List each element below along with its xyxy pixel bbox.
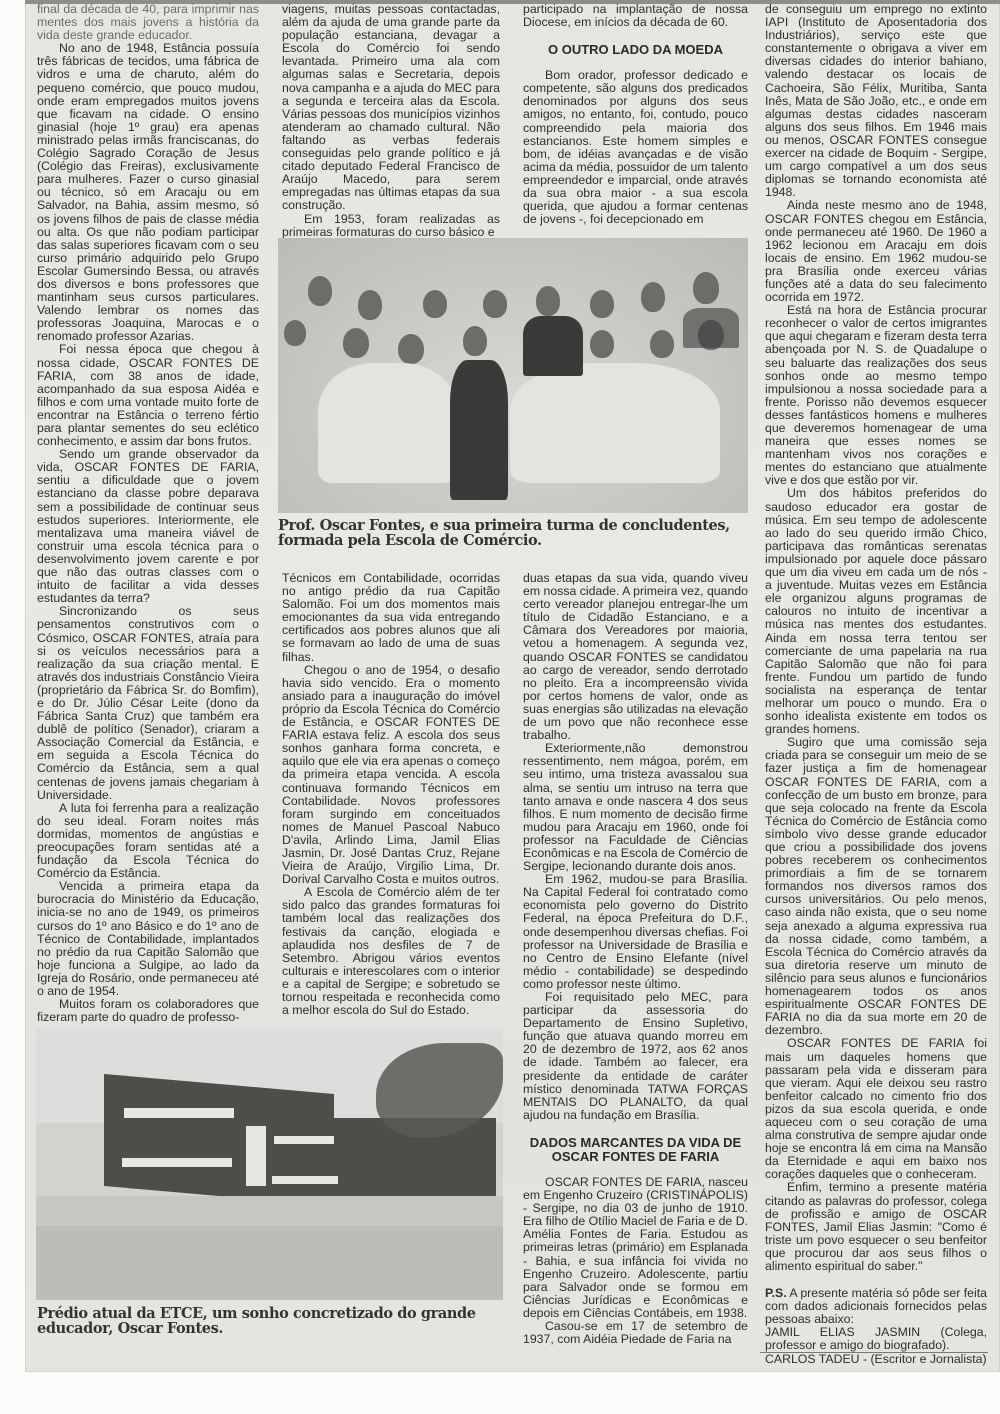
- credit-line: CARLOS TADEU - (Escritor e Jornalista): [765, 1353, 987, 1366]
- paragraph: Enfim, termino a presente matéria citand…: [765, 1181, 987, 1273]
- paragraph: OSCAR FONTES DE FARIA, nasceu em Engenho…: [523, 1176, 748, 1320]
- paragraph: Vencida a primeira etapa da burocracia d…: [37, 880, 259, 998]
- building-photo-caption: Prédio atual da ETCE, um sonho concretiz…: [37, 1306, 507, 1336]
- paragraph: Em 1953, foram realizadas as primeiras f…: [282, 213, 500, 239]
- paragraph: Sendo um grande observador da vida, OSCA…: [37, 448, 259, 605]
- article-column-1: final da década de 40, para imprimir nas…: [37, 3, 259, 1024]
- paragraph: Foi requisitado pelo MEC, para participa…: [523, 991, 748, 1122]
- paragraph: Em 1962, mudou-se para Brasília. Na Capi…: [523, 873, 748, 991]
- article-column-3-top: participado na implantação de nossa Dioc…: [523, 3, 748, 226]
- article-column-2-bottom: Técnicos em Contabilidade, ocorridas no …: [282, 572, 500, 1017]
- article-column-4: de conseguiu um emprego no extinto IAPI …: [765, 3, 987, 1366]
- paragraph: Foi nessa época que chegou à nossa cidad…: [37, 343, 259, 448]
- paragraph: Está na hora de Estância procurar reconh…: [765, 304, 987, 487]
- paragraph: de conseguiu um emprego no extinto IAPI …: [765, 3, 987, 199]
- paragraph: Casou-se em 17 de setembro de 1937, com …: [523, 1320, 748, 1346]
- article-column-2-top: viagens, muitas pessoas contactadas, alé…: [282, 3, 500, 239]
- graduates-photo-caption: Prof. Oscar Fontes, e sua primeira turma…: [278, 518, 753, 548]
- postscript: P.S. A presente matéria só pôde ser feit…: [765, 1287, 987, 1326]
- credit-line: JAMIL ELIAS JASMIN (Colega, professor e …: [765, 1326, 987, 1352]
- paragraph: Chegou o ano de 1954, o desafio havia si…: [282, 664, 500, 887]
- column-end-rule: [760, 1352, 988, 1353]
- article-column-3-bottom: duas etapas da sua vida, quando viveu em…: [523, 572, 748, 1346]
- paragraph: Exteriormente,não demonstrou ressentimen…: [523, 742, 748, 873]
- paragraph: viagens, muitas pessoas contactadas, alé…: [282, 3, 500, 213]
- graduates-photo: [278, 238, 748, 513]
- paragraph: No ano de 1948, Estância possuía três fá…: [37, 42, 259, 343]
- school-building-photo: [36, 1028, 503, 1300]
- section-heading: O OUTRO LADO DA MOEDA: [523, 43, 748, 57]
- paragraph: Sugiro que uma comissão seja criada para…: [765, 736, 987, 1037]
- paragraph: participado na implantação de nossa Dioc…: [523, 3, 748, 29]
- paragraph: Sincronizando os seus pensamentos constr…: [37, 605, 259, 801]
- section-heading: DADOS MARCANTES DA VIDA DE OSCAR FONTES …: [523, 1136, 748, 1164]
- paragraph: Um dos hábitos preferidos do saudoso edu…: [765, 487, 987, 736]
- paragraph: Técnicos em Contabilidade, ocorridas no …: [282, 572, 500, 664]
- paragraph: Bom orador, professor dedicado e compete…: [523, 69, 748, 226]
- paragraph: OSCAR FONTES DE FARIA foi mais um daquel…: [765, 1037, 987, 1181]
- paragraph: Muitos foram os colaboradores que fizera…: [37, 998, 259, 1024]
- paragraph: duas etapas da sua vida, quando viveu em…: [523, 572, 748, 742]
- paragraph: Ainda neste mesmo ano de 1948, OSCAR FON…: [765, 199, 987, 304]
- ps-text: A presente matéria só pôde ser feita com…: [765, 1286, 987, 1326]
- paragraph: A Escola de Comércio além de ter sido pa…: [282, 886, 500, 1017]
- paragraph: A luta foi ferrenha para a realização do…: [37, 802, 259, 881]
- paragraph: final da década de 40, para imprimir nas…: [37, 3, 259, 42]
- ps-label: P.S.: [765, 1286, 787, 1300]
